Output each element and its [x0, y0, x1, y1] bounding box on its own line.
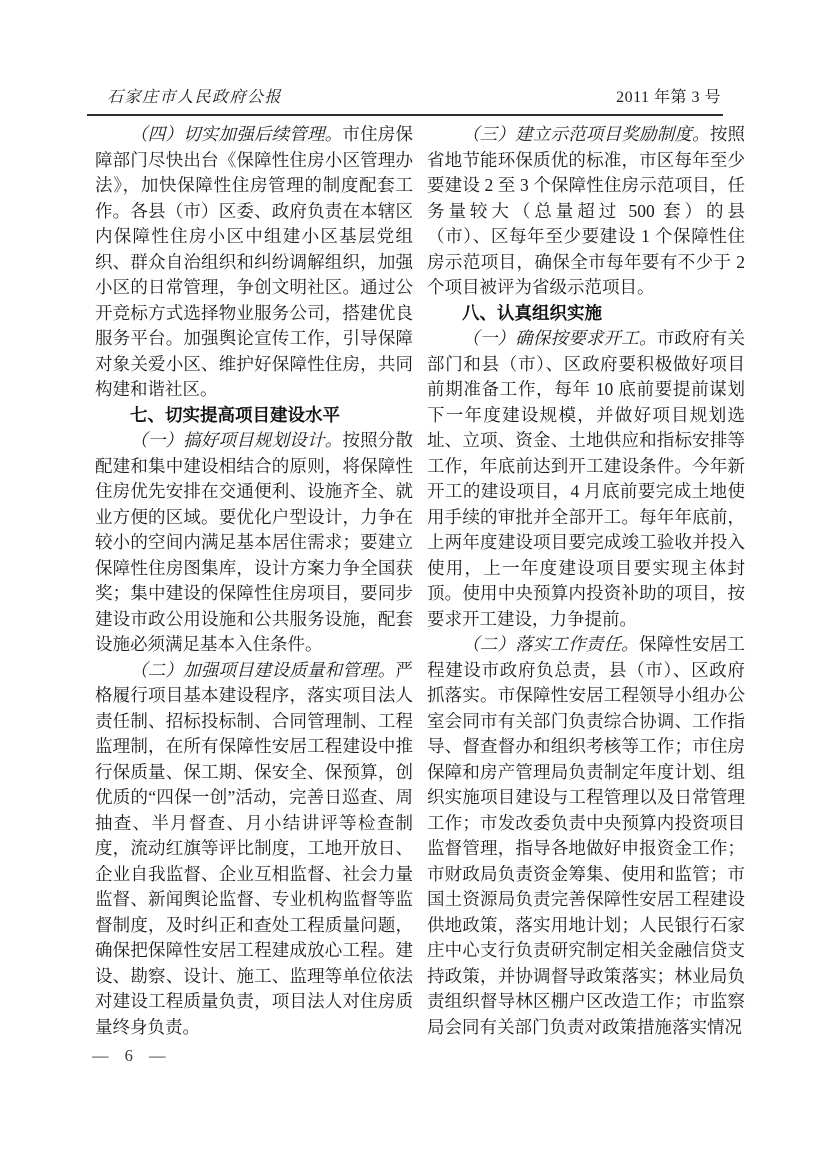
- paragraph-lead: （一）确保按要求开工。: [462, 328, 657, 348]
- paragraph-text: 市政府有关部门和县（市）、区政府要积极做好项目前期准备工作，每年 10 底前要提…: [427, 328, 745, 629]
- paragraph-section-4: （四）切实加强后续管理。市住房保障部门尽快出台《保障性住房小区管理办法》，加快保…: [95, 122, 413, 403]
- page-number: — 6 —: [92, 1046, 167, 1066]
- paragraph-text: 按照省地节能环保质优的标准，市区每年至少要建设 2 至 3 个保障性住房示范项目…: [427, 124, 745, 297]
- paragraph-text: 保障性安居工程建设市政府负总责，县（市）、区政府抓落实。市保障性安居工程领导小组…: [427, 634, 745, 1037]
- paragraph-section-7-1: （一）搞好项目规划设计。按照分散配建和集中建设相结合的原则，将保障性住房优先安排…: [95, 428, 413, 658]
- paragraph-section-8-2: （二）落实工作责任。保障性安居工程建设市政府负总责，县（市）、区政府抓落实。市保…: [427, 632, 745, 1040]
- section-heading-7: 七、切实提高项目建设水平: [95, 403, 413, 429]
- issue-number: 2011 年第 3 号: [616, 84, 721, 107]
- page-header: 石家庄市人民政府公报 2011 年第 3 号: [87, 84, 723, 116]
- two-column-body: （四）切实加强后续管理。市住房保障部门尽快出台《保障性住房小区管理办法》，加快保…: [95, 122, 745, 1040]
- paragraph-text: 市住房保障部门尽快出台《保障性住房小区管理办法》，加快保障性住房管理的制度配套工…: [95, 124, 413, 399]
- paragraph-lead: （一）搞好项目规划设计。: [130, 430, 342, 450]
- paragraph-lead: （二）落实工作责任。: [462, 634, 639, 654]
- right-column: （三）建立示范项目奖励制度。按照省地节能环保质优的标准，市区每年至少要建设 2 …: [427, 122, 745, 1040]
- paragraph-lead: （二）加强项目建设质量和管理。: [130, 660, 396, 680]
- paragraph-section-8-1: （一）确保按要求开工。市政府有关部门和县（市）、区政府要积极做好项目前期准备工作…: [427, 326, 745, 632]
- document-page: 石家庄市人民政府公报 2011 年第 3 号 （四）切实加强后续管理。市住房保障…: [0, 0, 826, 1169]
- paragraph-lead: （四）切实加强后续管理。: [130, 124, 342, 144]
- section-heading-8: 八、认真组织实施: [427, 301, 745, 327]
- left-column: （四）切实加强后续管理。市住房保障部门尽快出台《保障性住房小区管理办法》，加快保…: [95, 122, 413, 1040]
- paragraph-lead: （三）建立示范项目奖励制度。: [462, 124, 710, 144]
- paragraph-section-7-2: （二）加强项目建设质量和管理。严格履行项目基本建设程序，落实项目法人责任制、招标…: [95, 658, 413, 1041]
- paragraph-section-6-3: （三）建立示范项目奖励制度。按照省地节能环保质优的标准，市区每年至少要建设 2 …: [427, 122, 745, 301]
- gazette-title: 石家庄市人民政府公报: [107, 84, 282, 107]
- paragraph-text: 严格履行项目基本建设程序，落实项目法人责任制、招标投标制、合同管理制、工程监理制…: [95, 660, 413, 1037]
- paragraph-text: 按照分散配建和集中建设相结合的原则，将保障性住房优先安排在交通便利、设施齐全、就…: [95, 430, 413, 654]
